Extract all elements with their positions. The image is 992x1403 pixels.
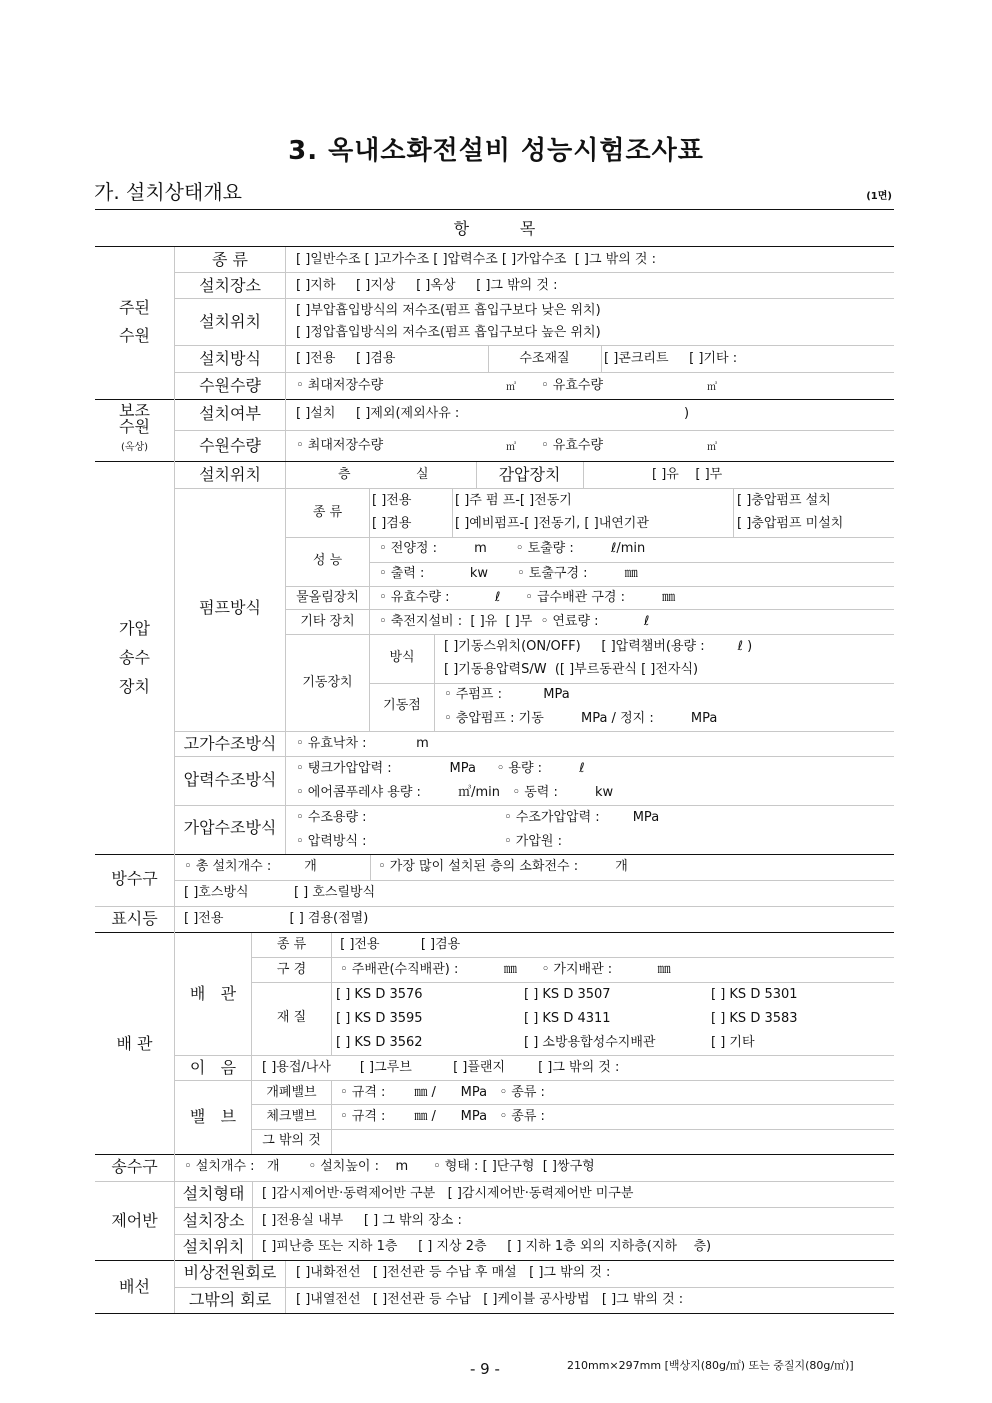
divider	[175, 805, 894, 806]
material-option[interactable]: [ ] KS D 3507	[524, 987, 611, 1003]
unit: ㎥	[707, 440, 717, 456]
install-close: )	[684, 406, 689, 422]
pressurized-tank-1b: ◦ 수조가압압력 : MPa	[504, 810, 659, 826]
material-label: 수조재질	[488, 351, 601, 367]
place-options[interactable]: [ ]지하 [ ]지상 [ ]옥상 [ ]그 밖의 것 :	[296, 278, 557, 294]
divider	[252, 1182, 253, 1260]
divider	[286, 537, 894, 538]
divider	[252, 1104, 894, 1105]
pressure-device-label: 장치	[95, 677, 174, 697]
main-water-label: 수원	[95, 326, 174, 346]
divider	[331, 933, 332, 1055]
pressurized-tank-label: 가압수조방식	[175, 818, 285, 838]
reducer-options[interactable]: [ ]유 [ ]무	[652, 467, 722, 483]
pump-type-a1[interactable]: [ ]전용	[372, 493, 411, 509]
rule	[95, 854, 894, 855]
pipe-label: 배 관	[175, 984, 251, 1004]
floor-unit: 층	[338, 467, 351, 483]
divider	[601, 346, 602, 372]
rule	[95, 209, 894, 210]
unit: ㎥	[506, 380, 516, 396]
wiring-label: 배선	[95, 1277, 174, 1297]
section-title: 가. 설치상태개요	[94, 176, 242, 205]
divider	[583, 462, 584, 488]
volume-effective: ◦ 유효수량	[541, 378, 603, 394]
divider	[175, 731, 894, 732]
joint-options[interactable]: [ ]용접/나사 [ ]그루브 [ ]플랜지 [ ]그 밖의 것 :	[262, 1060, 619, 1076]
aux-water-sublabel: (옥상)	[95, 440, 174, 456]
pump-type-c2[interactable]: [ ]충압펌프 미설치	[737, 516, 843, 532]
divider	[286, 586, 894, 587]
pipe-kind-label: 종 류	[252, 937, 331, 953]
rule	[95, 1154, 894, 1155]
performance-1: ◦ 전양정 : m ◦ 토출량 : ℓ/min	[379, 541, 645, 557]
volume-label: 수원수량	[175, 376, 285, 396]
start-method-1[interactable]: [ ]기동스위치(ON/OFF) [ ]압력챔버(용량 : ℓ )	[444, 639, 752, 655]
material-option[interactable]: [ ] 소방용합성수지배관	[524, 1035, 655, 1051]
divider	[286, 634, 894, 635]
pipe-material-label: 재 질	[252, 1010, 331, 1026]
indicator-options[interactable]: [ ]전용 [ ] 겸용(점멸)	[184, 911, 368, 927]
column-header: 항 목	[95, 219, 894, 239]
start-point-2: ◦ 충압펌프 : 기동 MPa / 정지 : MPa	[444, 711, 717, 727]
hose-outlet-label: 방수구	[95, 869, 174, 889]
pressure-tank-label: 압력수조방식	[175, 770, 285, 790]
start-method-2[interactable]: [ ]기동용압력S/W ([ ]부르동관식 [ ]전자식)	[444, 662, 698, 678]
divider	[733, 489, 734, 537]
rule	[95, 399, 894, 400]
gate-valve-label: 개폐밸브	[252, 1085, 331, 1101]
pressurized-tank-2b: ◦ 가압원 :	[504, 834, 562, 850]
gate-valve-value: ◦ 규격 : ㎜ / MPa ◦ 종류 :	[340, 1085, 545, 1101]
page-number: - 9 -	[470, 1360, 500, 1378]
pressure-device-label: 가압	[95, 619, 174, 639]
material-option[interactable]: [ ] KS D 4311	[524, 1011, 611, 1027]
hose-outlet-type[interactable]: [ ]호스방식 [ ] 호스릴방식	[184, 885, 375, 901]
position-option-1[interactable]: [ ]부압흡입방식의 저수조(펌프 흡입구보다 낮은 위치)	[296, 303, 601, 319]
method-options[interactable]: [ ]전용 [ ]겸용	[296, 351, 395, 367]
divider	[175, 345, 894, 346]
panel-form-options[interactable]: [ ]감시제어반·동력제어반 구분 [ ]감시제어반·동력제어반 미구분	[262, 1186, 633, 1202]
start-point-label: 기동점	[370, 698, 434, 714]
divider	[175, 1234, 894, 1235]
priming-label: 물올림장치	[286, 590, 369, 606]
check-valve-value: ◦ 규격 : ㎜ / MPa ◦ 종류 :	[340, 1109, 545, 1125]
fdc-label: 송수구	[95, 1157, 174, 1177]
divider	[452, 489, 453, 537]
other-circuit-label: 그밖의 회로	[175, 1290, 285, 1310]
start-point-1: ◦ 주펌프 : MPa	[444, 687, 570, 703]
performance-label: 성 능	[286, 553, 369, 569]
elevated-tank-value: ◦ 유효낙차 : m	[296, 736, 429, 752]
other-circuit-options[interactable]: [ ]내열전선 [ ]전선관 등 수납 [ ]케이블 공사방법 [ ]그 밖의 …	[296, 1292, 683, 1308]
indicator-label: 표시등	[95, 909, 174, 929]
valve-label: 밸 브	[175, 1107, 251, 1127]
other-device-label: 기타 장치	[286, 614, 369, 630]
emergency-circuit-label: 비상전원회로	[175, 1263, 285, 1283]
volume-max: ◦ 최대저장수량	[296, 378, 383, 394]
divider	[252, 957, 894, 958]
check-valve-label: 체크밸브	[252, 1109, 331, 1125]
material-option[interactable]: [ ] KS D 5301	[711, 987, 798, 1003]
rule	[95, 932, 894, 933]
material-option[interactable]: [ ] KS D 3595	[336, 1011, 423, 1027]
divider	[175, 272, 894, 273]
rule	[95, 461, 894, 462]
divider	[252, 982, 894, 983]
divider	[175, 1055, 894, 1056]
aux-volume-label: 수원수량	[175, 436, 285, 456]
type-label: 종 류	[175, 250, 285, 270]
divider	[175, 1287, 894, 1288]
aux-water-label: 수원	[95, 418, 174, 435]
rule	[95, 1313, 894, 1314]
divider	[370, 562, 894, 563]
divider	[286, 609, 894, 610]
method-label: 설치방식	[175, 349, 285, 369]
start-device-label: 기동장치	[286, 675, 369, 691]
divider	[175, 756, 894, 757]
location-label: 설치위치	[175, 465, 285, 485]
divider	[252, 1129, 894, 1130]
divider	[95, 1181, 174, 1182]
piping-label: 배 관	[95, 1034, 174, 1054]
fdc-value[interactable]: ◦ 설치개수 : 개 ◦ 설치높이 : m ◦ 형태 : [ ]단구형 [ ]쌍…	[184, 1159, 595, 1175]
pump-type-label: 종 류	[286, 505, 369, 521]
divider	[285, 400, 286, 461]
hose-outlet-max-floor: ◦ 가장 많이 설치된 층의 소화전수 : 개	[378, 859, 628, 875]
main-water-label: 주된	[95, 298, 174, 318]
position-label: 설치위치	[175, 312, 285, 332]
material-option[interactable]: [ ] KS D 3576	[336, 987, 423, 1003]
pump-type-b1[interactable]: [ ]주 펌 프-[ ]전동기	[455, 493, 572, 509]
unit: ㎥	[707, 380, 717, 396]
page-side-label: (1면)	[866, 187, 892, 202]
pressure-tank-1: ◦ 탱크가압압력 : MPa ◦ 용량 : ℓ	[296, 761, 585, 777]
divider	[175, 1080, 894, 1081]
paper-spec: 210mm×297mm [백상지(80g/㎡) 또는 중질지(80g/㎡)]	[567, 1357, 854, 1373]
performance-2: ◦ 출력 : kw ◦ 토출구경 : ㎜	[379, 566, 638, 582]
divider	[95, 906, 894, 907]
rule	[95, 1260, 894, 1261]
divider	[370, 683, 894, 684]
divider	[175, 372, 894, 373]
room-unit: 실	[416, 467, 429, 483]
material-option[interactable]: [ ] KS D 3583	[711, 1011, 798, 1027]
divider	[175, 1207, 894, 1208]
install-label: 설치여부	[175, 404, 285, 424]
pump-type-c1[interactable]: [ ]충압펌프 설치	[737, 493, 831, 509]
panel-place-options[interactable]: [ ]전용실 내부 [ ] 그 밖의 장소 :	[262, 1213, 462, 1229]
hose-outlet-total: ◦ 총 설치개수 : 개	[184, 859, 317, 875]
divider	[175, 298, 894, 299]
joint-label: 이 음	[175, 1058, 251, 1078]
pipe-diameter-value: ◦ 주배관(수직배관) : ㎜ ◦ 가지배관 : ㎜	[340, 962, 671, 978]
divider	[175, 430, 894, 431]
pump-type-b2[interactable]: [ ]예비펌프-[ ]전동기, [ ]내연기관	[455, 516, 649, 532]
aux-volume-effective: ◦ 유효수량	[541, 438, 603, 454]
priming-value: ◦ 유효수량 : ℓ ◦ 급수배관 구경 : ㎜	[379, 590, 675, 606]
unit: ㎥	[506, 440, 516, 456]
pressure-tank-2: ◦ 에어콤푸레샤 용량 : ㎥/min ◦ 동력 : kw	[296, 785, 613, 801]
control-panel-label: 제어반	[95, 1211, 174, 1231]
material-option[interactable]: [ ] 기타	[711, 1035, 755, 1051]
emergency-circuit-options[interactable]: [ ]내화전선 [ ]전선관 등 수납 후 매설 [ ]그 밖의 것 :	[296, 1265, 610, 1281]
install-options[interactable]: [ ]설치 [ ]제외(제외사유 :	[296, 406, 459, 422]
pressurized-tank-2a: ◦ 압력방식 :	[296, 834, 367, 850]
pump-method-label: 펌프방식	[175, 598, 285, 618]
panel-position-label: 설치위치	[175, 1237, 252, 1257]
material-options[interactable]: [ ]콘크리트 [ ]기타 :	[604, 351, 737, 367]
divider	[369, 489, 370, 731]
divider	[175, 1181, 894, 1182]
panel-form-label: 설치형태	[175, 1184, 252, 1204]
place-label: 설치장소	[175, 276, 285, 296]
pressure-device-label: 송수	[95, 648, 174, 668]
elevated-tank-label: 고가수조방식	[175, 734, 285, 754]
pressurized-tank-1a: ◦ 수조용량 :	[296, 810, 367, 826]
pump-type-a2[interactable]: [ ]겸용	[372, 516, 411, 532]
reducer-label: 감압장치	[476, 465, 583, 485]
pipe-kind-options[interactable]: [ ]전용 [ ]겸용	[336, 937, 460, 953]
document-title: 3. 옥내소화전설비 성능시험조사표	[0, 130, 992, 167]
other-valve-label: 그 밖의 것	[252, 1133, 331, 1149]
divider	[331, 1081, 332, 1154]
divider	[175, 488, 894, 489]
type-options[interactable]: [ ]일반수조 [ ]고가수조 [ ]압력수조 [ ]가압수조 [ ]그 밖의 …	[296, 252, 656, 268]
rule	[95, 246, 894, 247]
divider	[175, 880, 894, 881]
other-device-value[interactable]: ◦ 축전지설비 : [ ]유 [ ]무 ◦ 연료량 : ℓ	[379, 614, 649, 630]
aux-volume-max: ◦ 최대저장수량	[296, 438, 383, 454]
start-method-label: 방식	[370, 650, 434, 666]
pipe-diameter-label: 구 경	[252, 962, 331, 978]
divider	[370, 855, 371, 880]
panel-place-label: 설치장소	[175, 1211, 252, 1231]
panel-position-options[interactable]: [ ]피난층 또는 지하 1층 [ ] 지상 2층 [ ] 지하 1층 외의 지…	[262, 1239, 711, 1255]
material-option[interactable]: [ ] KS D 3562	[336, 1035, 423, 1051]
position-option-2[interactable]: [ ]정압흡입방식의 저수조(펌프 흡입구보다 높은 위치)	[296, 325, 601, 341]
